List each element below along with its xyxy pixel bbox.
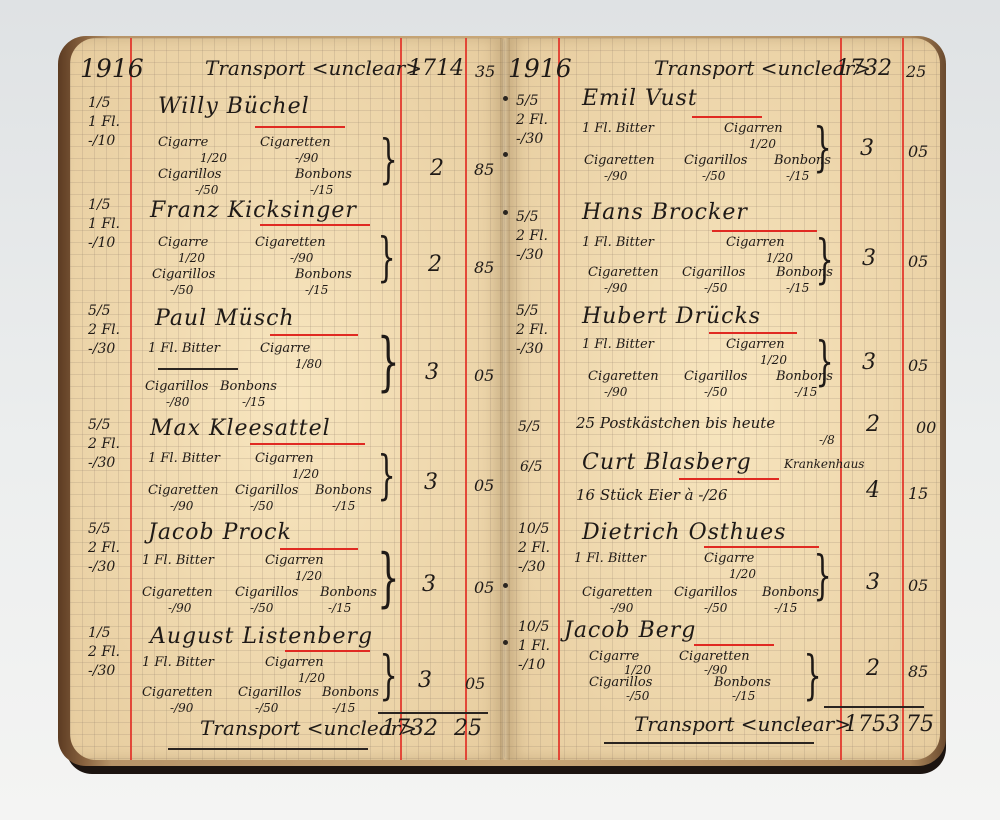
book-spine xyxy=(500,38,510,760)
entry-pfennig: 05 xyxy=(474,368,494,384)
name-underline xyxy=(280,548,358,550)
entry-date: 10/5 2 Fl. -/30 xyxy=(518,520,550,577)
name-underline xyxy=(260,224,370,226)
transport-underline xyxy=(604,742,814,744)
customer-name: Max Kleesattel xyxy=(150,418,331,440)
item-price: -/50 xyxy=(250,602,273,614)
item-price: -/90 xyxy=(604,282,627,294)
item-label: Cigarillos xyxy=(589,676,652,689)
entry-marks: 3 xyxy=(424,472,438,494)
page-year: 1916 xyxy=(80,56,144,81)
entry-date: 5/5 2 Fl. -/30 xyxy=(88,416,120,473)
item-brace: } xyxy=(379,134,397,186)
name-underline xyxy=(270,334,358,336)
item-price: -/90 xyxy=(168,602,191,614)
item-brace: } xyxy=(377,232,395,284)
entry-marks: 3 xyxy=(425,362,439,384)
item-label: Cigaretten xyxy=(679,650,750,663)
entry-pfennig: 05 xyxy=(908,254,928,270)
entry-marks: 2 xyxy=(430,158,444,180)
item-price: -/15 xyxy=(242,396,265,408)
item-label: Cigarillos xyxy=(152,268,215,281)
left-page: 1916 Transport <unclear> 1714 35 1/5 1 F… xyxy=(70,38,504,760)
item-price: -/90 xyxy=(610,602,633,614)
item-label: Cigarre xyxy=(158,136,208,149)
item-label: Bonbons xyxy=(295,268,352,281)
item-price: 1/20 xyxy=(729,568,756,580)
item-label: Cigarre xyxy=(704,552,754,565)
entry-line: 25 Postkästchen bis heute xyxy=(576,416,775,431)
pfennig-column-rule xyxy=(902,38,904,760)
item-price: -/15 xyxy=(774,602,797,614)
entry-date: 5/5 2 Fl. -/30 xyxy=(516,208,548,265)
item-label: Cigarre xyxy=(158,236,208,249)
item-label: Bonbons xyxy=(714,676,771,689)
entry-line: 16 Stück Eier à -/26 xyxy=(576,488,728,503)
item-brace: } xyxy=(815,336,833,388)
customer-name: Hans Brocker xyxy=(582,202,748,224)
item-brace: } xyxy=(815,234,833,286)
name-underline xyxy=(285,650,370,652)
entry-marks: 3 xyxy=(860,138,874,160)
customer-name: Franz Kicksinger xyxy=(150,200,357,222)
entry-date: 10/5 1 Fl. -/10 xyxy=(518,618,550,675)
date-margin-rule xyxy=(130,38,132,760)
item-price: -/15 xyxy=(332,500,355,512)
item-brace: } xyxy=(813,550,831,602)
item-price: -/90 xyxy=(170,500,193,512)
item-price: -/50 xyxy=(704,282,727,294)
total-rule xyxy=(824,706,924,708)
customer-name: Dietrich Osthues xyxy=(582,522,786,544)
page-year: 1916 xyxy=(508,56,572,81)
item-label: Bonbons xyxy=(315,484,372,497)
transport-total-marks: 1753 xyxy=(844,714,900,736)
item-label: 1 Fl. Bitter xyxy=(582,338,654,351)
item-label: Cigarre xyxy=(589,650,639,663)
entry-pfennig: 85 xyxy=(474,260,494,276)
entry-date: 1/5 1 Fl. -/10 xyxy=(88,196,120,253)
entry-date: 5/5 2 Fl. -/30 xyxy=(516,92,548,149)
entry-date: 5/5 2 Fl. -/30 xyxy=(88,520,120,577)
entry-pfennig: 00 xyxy=(916,420,936,436)
item-label: Cigarillos xyxy=(158,168,221,181)
entry-date: 5/5 2 Fl. -/30 xyxy=(88,302,120,359)
item-price: 1/20 xyxy=(766,252,793,264)
item-price: 1/20 xyxy=(200,152,227,164)
item-label: 1 Fl. Bitter xyxy=(142,554,214,567)
binding-stitch xyxy=(503,640,508,645)
item-label: Cigarillos xyxy=(238,686,301,699)
name-underline xyxy=(709,332,797,334)
item-brace: } xyxy=(377,330,399,394)
marks-column-rule xyxy=(840,38,842,760)
item-label: Cigaretten xyxy=(584,154,655,167)
item-price: 1/20 xyxy=(292,468,319,480)
customer-name: Jacob Prock xyxy=(148,522,292,544)
entry-marks: 3 xyxy=(422,574,436,596)
transport-total-label: Transport <unclear> xyxy=(634,714,851,734)
name-underline xyxy=(704,546,819,548)
customer-name: Emil Vust xyxy=(582,88,698,110)
item-label: Cigarillos xyxy=(235,484,298,497)
name-underline xyxy=(694,644,774,646)
item-label: Cigarren xyxy=(724,122,783,135)
item-price: 1/20 xyxy=(760,354,787,366)
item-price: -/50 xyxy=(704,386,727,398)
item-rule xyxy=(158,368,238,370)
item-label: Cigaretten xyxy=(255,236,326,249)
binding-stitch xyxy=(503,96,508,101)
item-price: 1/80 xyxy=(295,358,322,370)
item-price: -/15 xyxy=(332,702,355,714)
customer-name: Curt Blasberg xyxy=(582,452,752,474)
customer-name: Jacob Berg xyxy=(564,620,696,642)
entry-pfennig: 15 xyxy=(908,486,928,502)
customer-name: August Listenberg xyxy=(150,626,373,648)
name-underline xyxy=(250,443,365,445)
entry-marks: 2 xyxy=(428,254,442,276)
item-label: 1 Fl. Bitter xyxy=(582,122,654,135)
item-price: -/15 xyxy=(786,170,809,182)
customer-name: Willy Büchel xyxy=(158,96,310,118)
item-label: 1 Fl. Bitter xyxy=(148,452,220,465)
carried-forward-marks: 1732 xyxy=(836,58,892,80)
name-underline xyxy=(712,230,817,232)
item-label: Bonbons xyxy=(295,168,352,181)
entry-marks: 4 xyxy=(866,480,880,502)
item-label: Cigaretten xyxy=(582,586,653,599)
entry-date: 1/5 1 Fl. -/10 xyxy=(88,94,120,151)
item-price: -/90 xyxy=(604,170,627,182)
pfennig-column-rule xyxy=(465,38,467,760)
entry-marks: 3 xyxy=(866,572,880,594)
transport-total-marks: 1732 xyxy=(382,718,438,740)
entry-pfennig: 05 xyxy=(908,578,928,594)
item-label: Cigaretten xyxy=(142,586,213,599)
right-page: 1916 Transport <unclear> 1732 25 5/5 2 F… xyxy=(504,38,940,760)
item-brace: } xyxy=(803,650,821,702)
entry-pfennig: 05 xyxy=(474,478,494,494)
name-underline xyxy=(679,478,779,480)
item-label: Cigaretten xyxy=(142,686,213,699)
item-price: -/15 xyxy=(305,284,328,296)
transport-underline xyxy=(168,748,368,750)
entry-note: Krankenhaus xyxy=(784,458,864,470)
item-price: -/90 xyxy=(290,252,313,264)
transport-total-pfennig: 25 xyxy=(454,718,482,740)
item-label: Cigaretten xyxy=(588,266,659,279)
item-label: Cigarren xyxy=(255,452,314,465)
item-price: 1/20 xyxy=(295,570,322,582)
item-brace: } xyxy=(377,546,399,610)
date-margin-rule xyxy=(558,38,560,760)
binding-stitch xyxy=(503,152,508,157)
item-price: 1/20 xyxy=(298,672,325,684)
item-label: Cigarre xyxy=(260,342,310,355)
transport-total-pfennig: 75 xyxy=(906,714,934,736)
entry-pfennig: 05 xyxy=(474,580,494,596)
item-label: 1 Fl. Bitter xyxy=(574,552,646,565)
item-price: -/15 xyxy=(310,184,333,196)
entry-pfennig: 05 xyxy=(908,358,928,374)
item-label: Cigarren xyxy=(265,554,324,567)
item-price: -/50 xyxy=(195,184,218,196)
item-price: -/15 xyxy=(328,602,351,614)
item-label: Cigarillos xyxy=(145,380,208,393)
item-label: Cigarillos xyxy=(235,586,298,599)
binding-stitch xyxy=(503,583,508,588)
item-brace: } xyxy=(379,650,397,702)
item-label: Cigaretten xyxy=(148,484,219,497)
item-brace: } xyxy=(377,450,395,502)
carried-forward-label: Transport <unclear> xyxy=(205,58,422,78)
item-label: Bonbons xyxy=(320,586,377,599)
entry-marks: 2 xyxy=(866,414,880,436)
entry-pfennig: 05 xyxy=(908,144,928,160)
item-price: -/50 xyxy=(250,500,273,512)
item-price: -/90 xyxy=(170,702,193,714)
carried-forward-pfennig: 25 xyxy=(906,64,926,80)
item-label: Cigarren xyxy=(726,338,785,351)
entry-marks: 3 xyxy=(862,248,876,270)
entry-pfennig: 05 xyxy=(465,676,485,692)
item-brace: } xyxy=(813,122,831,174)
item-price: -/15 xyxy=(786,282,809,294)
entry-marks: 3 xyxy=(862,352,876,374)
customer-name: Paul Müsch xyxy=(155,308,295,330)
item-label: Cigarillos xyxy=(674,586,737,599)
item-price: -/50 xyxy=(702,170,725,182)
item-label: 1 Fl. Bitter xyxy=(142,656,214,669)
item-price: -/15 xyxy=(732,690,755,702)
item-price: -/80 xyxy=(166,396,189,408)
item-label: Bonbons xyxy=(220,380,277,393)
binding-stitch xyxy=(503,210,508,215)
name-underline xyxy=(255,126,345,128)
item-label: 1 Fl. Bitter xyxy=(582,236,654,249)
name-underline xyxy=(692,116,762,118)
item-price: -/50 xyxy=(704,602,727,614)
item-price: -/50 xyxy=(255,702,278,714)
entry-unit-price: -/8 xyxy=(819,434,835,446)
item-label: Cigaretten xyxy=(260,136,331,149)
carried-forward-pfennig: 35 xyxy=(475,64,495,80)
item-price: -/15 xyxy=(794,386,817,398)
entry-date: 5/5 xyxy=(518,418,541,437)
item-label: Cigarren xyxy=(265,656,324,669)
entry-marks: 3 xyxy=(418,670,432,692)
item-label: Cigarillos xyxy=(684,370,747,383)
entry-date: 1/5 2 Fl. -/30 xyxy=(88,624,120,681)
total-rule xyxy=(378,712,488,714)
item-price: -/90 xyxy=(295,152,318,164)
item-price: 1/20 xyxy=(178,252,205,264)
entry-marks: 2 xyxy=(866,658,880,680)
item-price: -/50 xyxy=(170,284,193,296)
customer-name: Hubert Drücks xyxy=(582,306,761,328)
carried-forward-marks: 1714 xyxy=(408,58,464,80)
item-price: 1/20 xyxy=(749,138,776,150)
item-label: Cigaretten xyxy=(588,370,659,383)
entry-date: 6/5 xyxy=(520,458,543,477)
item-price: -/50 xyxy=(626,690,649,702)
item-label: 1 Fl. Bitter xyxy=(148,342,220,355)
marks-column-rule xyxy=(400,38,402,760)
item-label: Bonbons xyxy=(762,586,819,599)
entry-date: 5/5 2 Fl. -/30 xyxy=(516,302,548,359)
item-label: Cigarillos xyxy=(684,154,747,167)
entry-pfennig: 85 xyxy=(908,664,928,680)
item-label: Bonbons xyxy=(322,686,379,699)
item-label: Cigarillos xyxy=(682,266,745,279)
entry-pfennig: 85 xyxy=(474,162,494,178)
item-price: -/90 xyxy=(604,386,627,398)
item-label: Cigarren xyxy=(726,236,785,249)
